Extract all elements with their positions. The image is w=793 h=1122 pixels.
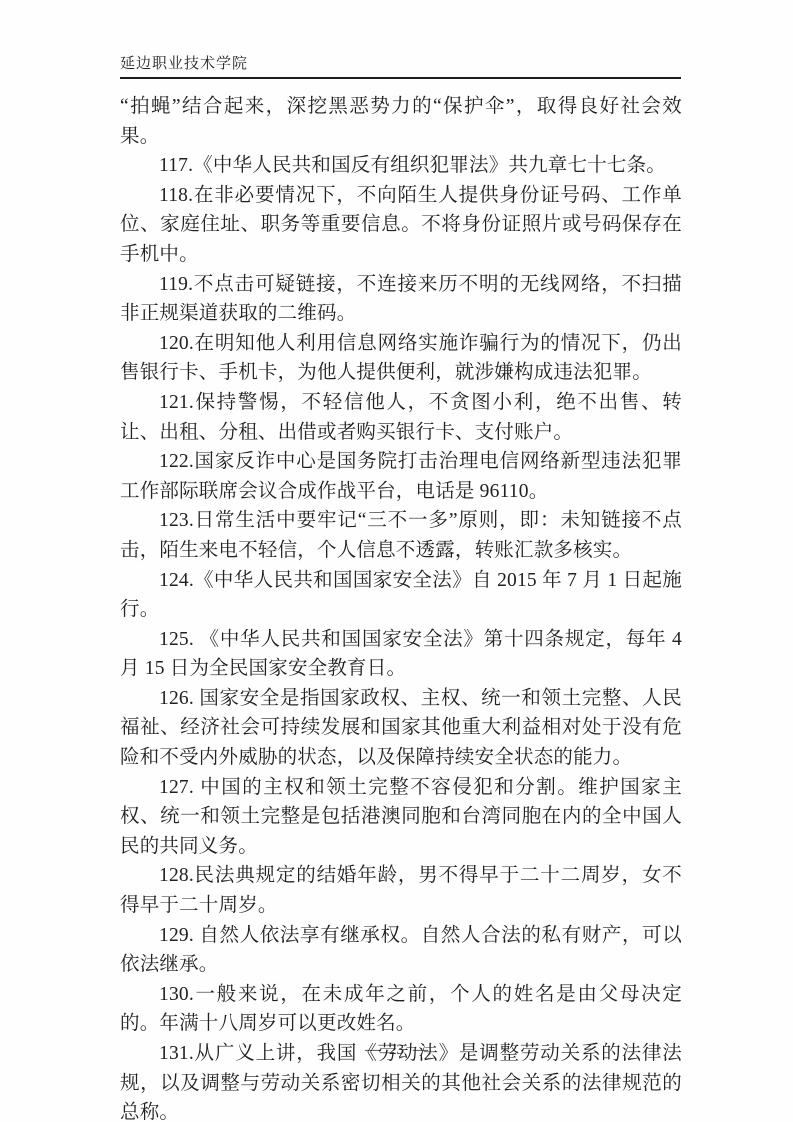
paragraph-item-123: 123.日常生活中要牢记“三不一多”原则，即：未知链接不点击，陌生来电不轻信，个…	[120, 506, 682, 565]
paragraph-item-126: 126. 国家安全是指国家政权、主权、统一和领土完整、人民福祉、经济社会可持续发…	[120, 684, 682, 773]
paragraph-item-127: 127. 中国的主权和领土完整不容侵犯和分割。维护国家主权、统一和领土完整是包括…	[120, 773, 682, 862]
paragraph-item-129: 129. 自然人依法享有继承权。自然人合法的私有财产，可以依法继承。	[120, 921, 682, 980]
footer-page-number: 23	[389, 1040, 404, 1060]
footer-dash-left: —	[365, 1042, 380, 1058]
paragraph-item-125: 125. 《中华人民共和国国家安全法》第十四条规定，每年 4 月 15 日为全民…	[120, 625, 682, 684]
paragraph-item-121: 121.保持警惕，不轻信他人，不贪图小利，绝不出售、转让、出租、分租、出借或者购…	[120, 388, 682, 447]
paragraph-item-130: 130.一般来说，在未成年之前，个人的姓名是由父母决定的。年满十八周岁可以更改姓…	[120, 980, 682, 1039]
footer-dash-right: —	[413, 1042, 428, 1058]
body-text: “拍蝇”结合起来，深挖黑恶势力的“保护伞”，取得良好社会效果。117.《中华人民…	[120, 92, 682, 1122]
header-school-name: 延边职业技术学院	[120, 54, 681, 74]
paragraph-item-119: 119.不点击可疑链接，不连接来历不明的无线网络，不扫描非正规渠道获取的二维码。	[120, 270, 682, 329]
page-header: 延边职业技术学院	[120, 54, 681, 79]
paragraph-item-128: 128.民法典规定的结婚年龄，男不得早于二十二周岁，女不得早于二十周岁。	[120, 861, 682, 920]
document-page: 延边职业技术学院 “拍蝇”结合起来，深挖黑恶势力的“保护伞”，取得良好社会效果。…	[0, 0, 793, 1122]
paragraph-continuation: “拍蝇”结合起来，深挖黑恶势力的“保护伞”，取得良好社会效果。	[120, 92, 682, 151]
paragraph-item-118: 118.在非必要情况下，不向陌生人提供身份证号码、工作单位、家庭住址、职务等重要…	[120, 181, 682, 270]
header-rule	[120, 77, 681, 79]
page-footer: —23—	[0, 1040, 793, 1060]
paragraph-item-124: 124.《中华人民共和国国家安全法》自 2015 年 7 月 1 日起施行。	[120, 566, 682, 625]
paragraph-item-120: 120.在明知他人利用信息网络实施诈骗行为的情况下，仍出售银行卡、手机卡，为他人…	[120, 329, 682, 388]
paragraph-item-122: 122.国家反诈中心是国务院打击治理电信网络新型违法犯罪工作部际联席会议合成作战…	[120, 447, 682, 506]
paragraph-item-117: 117.《中华人民共和国反有组织犯罪法》共九章七十七条。	[120, 151, 682, 181]
